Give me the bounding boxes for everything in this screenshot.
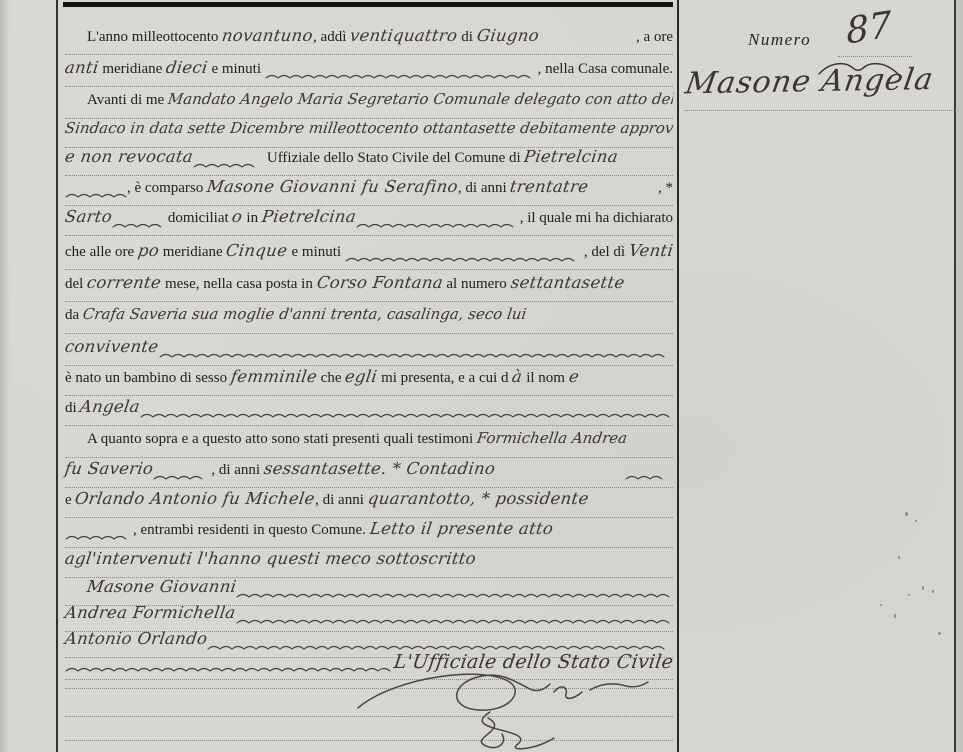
- form-line: , entrambi residenti in questo Comune. L…: [65, 519, 673, 548]
- printed-text: e minuti: [288, 244, 345, 261]
- flourish-stroke: [65, 530, 133, 540]
- form-line: di Angela: [65, 397, 673, 426]
- form-line: Sindaco in data sette Dicembre milleotto…: [65, 119, 673, 148]
- form-line: è nato un bambino di sesso femminile che…: [65, 367, 673, 396]
- form-line: da Crafa Saveria sua moglie d'anni trent…: [65, 305, 673, 334]
- form-line: agl'intervenuti l'hanno questi meco sott…: [65, 549, 673, 578]
- form-line: che alle ore po meridiane Cinque e minut…: [65, 241, 673, 270]
- printed-text: e minuti: [208, 61, 265, 78]
- handwritten-text: Angela: [79, 397, 141, 416]
- handwritten-text: Crafa Saveria sua moglie d'anni trenta, …: [82, 305, 675, 323]
- flourish-stroke: [159, 348, 673, 358]
- handwritten-text: femminile: [229, 367, 318, 386]
- handwritten-text: settantasette: [509, 273, 674, 292]
- flourish-stroke: [207, 640, 673, 650]
- flourish-stroke: [265, 69, 538, 79]
- printed-text: , nella Casa comunale.: [538, 61, 673, 78]
- form-line: Sarto domiciliat o in Pietrelcina, il qu…: [65, 207, 673, 236]
- numero-underline: [838, 56, 912, 57]
- flourish-stroke: [153, 470, 211, 480]
- printed-text: , di anni: [211, 462, 264, 479]
- handwritten-text: Sarto: [64, 207, 114, 226]
- document-lines: L'anno milleottocento novantuno, addì ve…: [0, 0, 963, 752]
- form-line: e non revocata Uffiziale dello Stato Civ…: [65, 147, 673, 176]
- handwritten-text: sessantasette. *: [262, 459, 402, 478]
- handwritten-text: corrente: [86, 273, 163, 292]
- printed-text: di: [457, 29, 476, 46]
- handwritten-text: Mandato Angelo Maria Segretario Comunale…: [167, 90, 675, 108]
- printed-text: mi presenta, e a cui d: [377, 370, 512, 387]
- handwritten-text: trentatre: [509, 177, 659, 196]
- handwritten-text: dieci: [165, 58, 209, 77]
- flourish-stroke: [65, 188, 127, 198]
- printed-text: che: [317, 370, 345, 387]
- printed-text: , a ore: [636, 29, 673, 46]
- printed-text: , è comparso: [127, 180, 207, 197]
- printed-text: , addì: [313, 29, 350, 46]
- handwritten-text: Orlando Antonio fu Michele: [74, 489, 316, 508]
- printed-text: meridiane: [99, 61, 166, 78]
- margin-registrant-name: Masone Angela: [683, 62, 963, 102]
- printed-text: in: [243, 210, 262, 227]
- handwritten-text: novantuno: [221, 26, 315, 45]
- handwritten-text: po: [137, 241, 161, 260]
- printed-text: che alle ore: [65, 244, 138, 261]
- flourish-stroke: [140, 408, 673, 418]
- handwritten-text: Giugno: [475, 26, 637, 45]
- form-line: L'anno milleottocento novantuno, addì ve…: [65, 26, 673, 55]
- flourish-stroke: [236, 588, 673, 598]
- handwritten-text: e non revocata: [64, 147, 195, 166]
- printed-text: , *: [658, 180, 673, 197]
- flourish-stroke: [625, 470, 673, 480]
- handwritten-text: Masone Giovanni: [86, 577, 238, 596]
- printed-text: da: [65, 307, 83, 324]
- form-line: Avanti di me Mandato Angelo Maria Segret…: [65, 90, 673, 119]
- handwritten-text: anti: [64, 58, 100, 77]
- printed-text: , di anni: [458, 180, 511, 197]
- printed-text: , del dì: [584, 244, 629, 261]
- printed-text: del: [65, 276, 87, 293]
- handwritten-text: Venti: [627, 241, 674, 260]
- handwritten-text: quarantotto, * possidente: [366, 489, 674, 508]
- printed-text: L'anno milleottocento: [87, 29, 222, 46]
- handwritten-text: Pietrelcina: [523, 147, 674, 166]
- flourish-stroke: [356, 218, 520, 228]
- form-line: anti meridiane dieci e minuti , nella Ca…: [65, 58, 673, 87]
- handwritten-text: Corso Fontana: [315, 273, 444, 292]
- numero-value: 87: [845, 4, 892, 52]
- handwritten-text: ventiquattro: [349, 26, 459, 45]
- printed-text: è nato un bambino di sesso: [65, 370, 231, 387]
- printed-text: domiciliat: [164, 210, 232, 227]
- printed-text: al numero: [443, 276, 511, 293]
- printed-text: A quanto sopra e a questo atto sono stat…: [87, 431, 477, 448]
- flourish-stroke: [345, 252, 584, 262]
- printed-text: , entrambi residenti in questo Comune.: [133, 522, 370, 539]
- document-page: L'anno milleottocento novantuno, addì ve…: [0, 0, 963, 752]
- handwritten-text: Andrea Formichella: [64, 603, 237, 622]
- handwritten-text: Contadino: [399, 459, 626, 478]
- handwritten-text: e: [567, 367, 580, 386]
- printed-text: , di anni: [315, 492, 368, 509]
- form-line: , è comparso Masone Giovanni fu Serafino…: [65, 177, 673, 206]
- handwritten-text: Formichella Andrea: [476, 429, 675, 447]
- numero-label: Numero: [748, 30, 811, 50]
- official-signature: [340, 658, 670, 752]
- form-line: Andrea Formichella: [65, 603, 673, 632]
- flourish-stroke: [112, 218, 164, 228]
- handwritten-text: Letto il presente atto: [368, 519, 674, 538]
- handwritten-text: Pietrelcina: [260, 207, 357, 226]
- printed-text: Avanti di me: [87, 92, 168, 109]
- form-line: Masone Giovanni: [65, 577, 673, 606]
- handwritten-text: convivente: [64, 337, 160, 356]
- printed-text: Uffiziale dello Stato Civile del Comune …: [263, 150, 524, 167]
- printed-text: il nom: [522, 370, 568, 387]
- flourish-stroke: [236, 614, 673, 624]
- printed-text: mese, nella casa posta in: [161, 276, 316, 293]
- form-line: e Orlando Antonio fu Michele, di anni qu…: [65, 489, 673, 518]
- margin-name-underline: [684, 110, 958, 111]
- handwritten-text: egli: [344, 367, 379, 386]
- handwritten-text: Antonio Orlando: [64, 629, 209, 648]
- printed-text: meridiane: [159, 244, 226, 261]
- form-line: convivente: [65, 337, 673, 366]
- handwritten-text: fu Saverio: [64, 459, 155, 478]
- handwritten-text: agl'intervenuti l'hanno questi meco sott…: [64, 549, 675, 568]
- printed-text: , il quale mi ha dichiarato: [520, 210, 673, 227]
- handwritten-text: Sindaco in data sette Dicembre milleotto…: [64, 119, 675, 137]
- flourish-stroke: [193, 158, 263, 168]
- form-line: A quanto sopra e a questo atto sono stat…: [65, 429, 673, 458]
- form-line: del corrente mese, nella casa posta in C…: [65, 273, 673, 302]
- form-line: fu Saverio, di anni sessantasette. * Con…: [65, 459, 673, 488]
- handwritten-text: Cinque: [225, 241, 289, 260]
- handwritten-text: Masone Giovanni fu Serafino: [206, 177, 460, 196]
